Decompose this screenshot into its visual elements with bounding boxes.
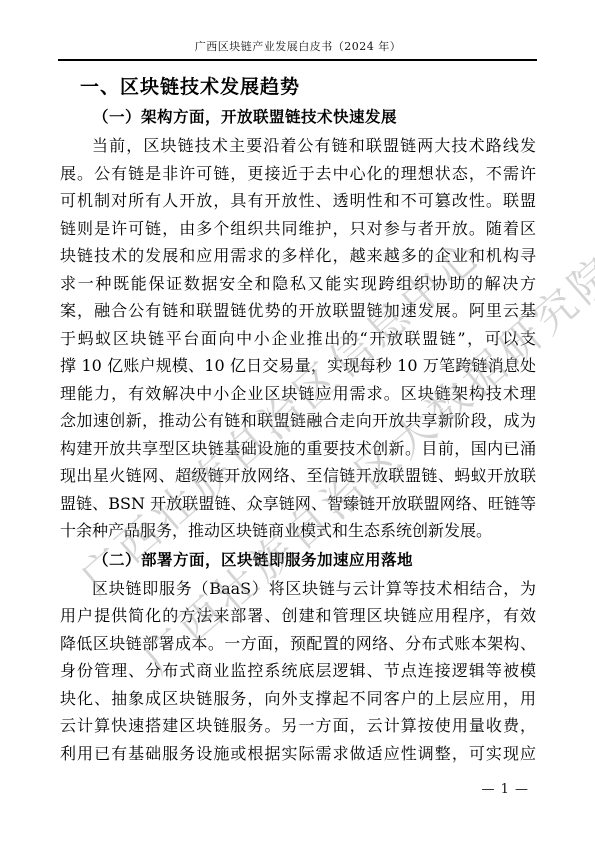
body-line: 案，融合公有链和联盟链优势的开放联盟链加速发展。阿里云基: [60, 297, 536, 325]
body-line: 于蚂蚁区块链平台面向中小企业推出的“开放联盟链”，可以支: [60, 325, 536, 353]
body-line: 区块链即服务（BaaS）将区块链与云计算等技术相结合，为: [60, 575, 536, 603]
section-heading-1: （一）架构方面，开放联盟链技术快速发展: [60, 102, 536, 132]
body-line: 块链技术的发展和应用需求的多样化，越来越多的企业和机构寻: [60, 242, 536, 270]
body-line: 当前，区块链技术主要沿着公有链和联盟链两大技术路线发: [60, 132, 536, 160]
body-line: 展。公有链是非许可链，更接近于去中心化的理想状态，不需许: [60, 160, 536, 188]
body-line: 构建开放共享型区块链基础设施的重要技术创新。目前，国内已涌: [60, 435, 536, 463]
chapter-heading: 一、区块链技术发展趋势: [80, 72, 536, 102]
paragraph-2: 区块链即服务（BaaS）将区块链与云计算等技术相结合，为用户提供简化的方法来部署…: [60, 575, 536, 768]
body-line: 理能力，有效解决中小企业区块链应用需求。区块链架构技术理: [60, 380, 536, 408]
page-number: — 1 —: [481, 782, 529, 797]
section-heading-2: （二）部署方面，区块链即服务加速应用落地: [60, 545, 536, 575]
body-line: 降低区块链部署成本。一方面，预配置的网络、分布式账本架构、: [60, 630, 536, 658]
body-line: 求一种既能保证数据安全和隐私又能实现跨组织协助的解决方: [60, 270, 536, 298]
body-line: 身份管理、分布式商业监控系统底层逻辑、节点连接逻辑等被模: [60, 657, 536, 685]
header-rule: [58, 59, 537, 61]
body-line: 念加速创新，推动公有链和联盟链融合走向开放共享新阶段，成为: [60, 407, 536, 435]
body-line: 块化、抽象成区块链服务，向外支撑起不同客户的上层应用，用: [60, 685, 536, 713]
body-line: 盟链、BSN 开放联盟链、众享链网、智臻链开放联盟网络、旺链等: [60, 490, 536, 518]
running-header-title: 广西区块链产业发展白皮书（2024 年）: [60, 38, 536, 54]
body-line: 链则是许可链，由多个组织共同维护，只对参与者开放。随着区: [60, 215, 536, 243]
body-line: 利用已有基础服务设施或根据实际需求做适应性调整，可实现应: [60, 740, 536, 768]
body-line: 用户提供简化的方法来部署、创建和管理区块链应用程序，有效: [60, 602, 536, 630]
body-line: 十余种产品服务，推动区块链商业模式和生态系统创新发展。: [60, 517, 536, 545]
body-line: 可机制对所有人开放，具有开放性、透明性和不可篡改性。联盟: [60, 187, 536, 215]
paragraph-1: 当前，区块链技术主要沿着公有链和联盟链两大技术路线发展。公有链是非许可链，更接近…: [60, 132, 536, 545]
body-line: 云计算快速搭建区块链服务。另一方面，云计算按使用量收费，: [60, 712, 536, 740]
text-column: 一、区块链技术发展趋势 （一）架构方面，开放联盟链技术快速发展 当前，区块链技术…: [60, 72, 536, 767]
document-page: 广西区块链产业发展白皮书（2024 年） 广西壮族自治区信息中心 广西壮族自治区…: [0, 0, 595, 842]
body-line: 现出星火链网、超级链开放网络、至信链开放联盟链、蚂蚁开放联: [60, 462, 536, 490]
body-line: 撑 10 亿账户规模、10 亿日交易量，实现每秒 10 万笔跨链消息处: [60, 352, 536, 380]
